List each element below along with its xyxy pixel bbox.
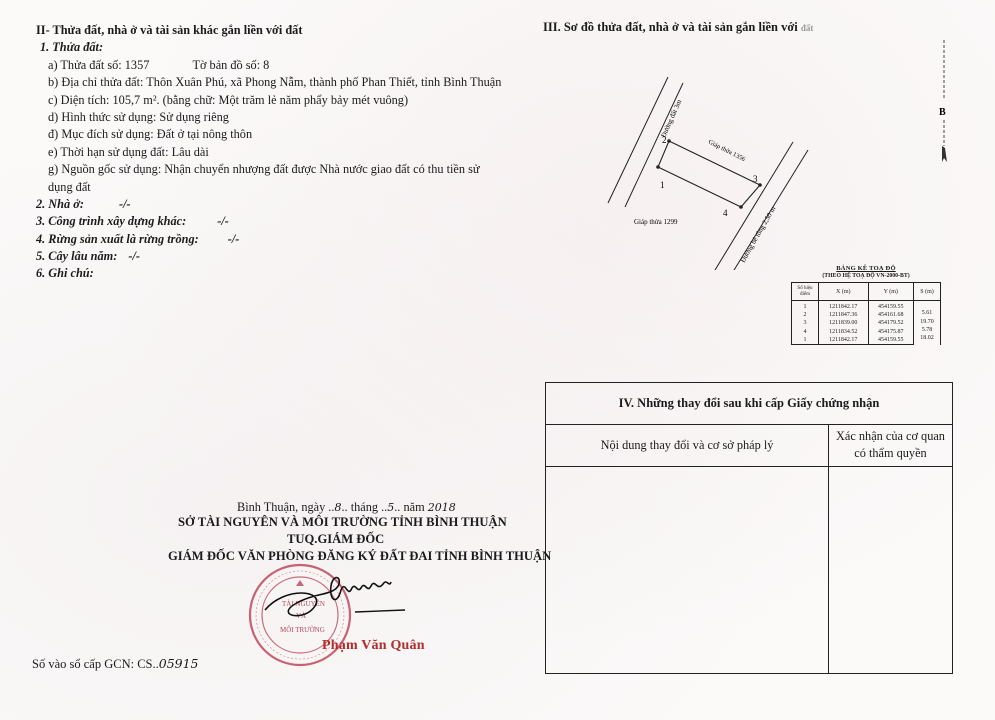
x-coord: 1211847.36 xyxy=(819,311,869,319)
notes-label: 6. Ghi chú: xyxy=(36,265,506,282)
registration-number: Số vào sổ cấp GCN: CS..05915 xyxy=(32,656,199,672)
road-right-label: Đường bê tông 2,50 m xyxy=(739,205,778,264)
col-point: Số hiệu điểm xyxy=(792,283,819,301)
x-coord: 1211842.17 xyxy=(819,336,869,345)
house-row: 2. Nhà ở: -/- xyxy=(36,196,506,213)
col-y: Y (m) xyxy=(868,283,913,301)
perennial-value: -/- xyxy=(128,248,140,265)
y-coord: 454179.52 xyxy=(868,319,913,327)
coordinate-table-title: BẢNG KÊ TOẠ ĐỘ xyxy=(791,265,941,272)
coordinate-table: BẢNG KÊ TOẠ ĐỘ (THEO HỆ TOẠ ĐỘ VN-2000-B… xyxy=(791,265,941,345)
neighbor-bottom-label: Giáp thửa 1299 xyxy=(634,218,678,226)
perennial-row: 5. Cây lâu năm: -/- xyxy=(36,248,506,265)
col-authority-line2: có thẩm quyền xyxy=(836,445,945,462)
point-id: 4 xyxy=(792,328,819,336)
x-coord: 1211842.17 xyxy=(819,301,869,312)
authority-confirmation-cell xyxy=(830,467,952,673)
registration-label: Số vào sổ cấp GCN: CS.. xyxy=(32,657,159,671)
section-iii-title: III. Sơ đồ thửa đất, nhà ở và tài sản gắ… xyxy=(543,20,813,35)
parcel-diagram: Đường đất 3m Đường bê tông 2,50 m 1 2 3 … xyxy=(600,70,860,270)
north-arrow-icon: B xyxy=(930,40,960,170)
point-1-label: 1 xyxy=(660,180,665,190)
authorization-line: TUQ.GIÁM ĐỐC xyxy=(287,532,384,547)
point-2-label: 2 xyxy=(662,135,667,145)
forest-value: -/- xyxy=(228,231,240,248)
issue-date: Bình Thuận, ngày ..8.. tháng ..5.. năm 2… xyxy=(237,500,456,515)
col-authority-line1: Xác nhận của cơ quan xyxy=(836,428,945,445)
col-x: X (m) xyxy=(819,283,869,301)
x-coord: 1211834.52 xyxy=(819,328,869,336)
section-iii-title-text: III. Sơ đồ thửa đất, nhà ở và tài sản gắ… xyxy=(543,20,798,34)
coordinate-row: 11211842.17454159.555.6119.705.7818.02 xyxy=(792,301,941,312)
other-works-label: 3. Công trình xây dựng khác: xyxy=(36,214,186,228)
point-id: 1 xyxy=(792,336,819,345)
y-coord: 454175.87 xyxy=(868,328,913,336)
forest-row: 4. Rừng sản xuất là rừng trồng: -/- xyxy=(36,231,506,248)
distance-list: 5.6119.705.7818.02 xyxy=(914,301,941,345)
column-divider xyxy=(828,424,829,673)
col-change-content: Nội dung thay đổi và cơ sở pháp lý xyxy=(546,424,828,466)
y-coord: 454159.55 xyxy=(868,301,913,312)
section-iii-title-faded: đất xyxy=(801,23,814,33)
usage-form: d) Hình thức sử dụng: Sử dụng riêng xyxy=(36,109,506,126)
other-works-value: -/- xyxy=(217,213,229,230)
col-s: S (m) xyxy=(914,283,941,301)
forest-label: 4. Rừng sản xuất là rừng trồng: xyxy=(36,232,199,246)
changes-table-title: IV. Những thay đổi sau khi cấp Giấy chứn… xyxy=(546,383,952,425)
y-coord: 454159.55 xyxy=(868,336,913,345)
usage-origin-line2: dụng đất xyxy=(36,179,506,196)
changes-table-header-row: Nội dung thay đổi và cơ sở pháp lý Xác n… xyxy=(546,424,952,467)
section-ii-title: II- Thửa đất, nhà ở và tài sản khác gắn … xyxy=(36,22,506,39)
parcel-address: b) Địa chỉ thửa đất: Thôn Xuân Phú, xã P… xyxy=(36,74,506,91)
point-id: 3 xyxy=(792,319,819,327)
change-content-cell xyxy=(546,467,828,673)
point-4-label: 4 xyxy=(723,208,728,218)
year-prefix: .. năm xyxy=(394,500,427,514)
map-sheet-number: Tờ bản đồ số: 8 xyxy=(192,57,269,74)
parcel-number: a) Thửa đất số: 1357 xyxy=(48,58,149,72)
land-heading: 1. Thửa đất: xyxy=(36,39,506,56)
y-coord: 454161.68 xyxy=(868,311,913,319)
usage-origin-line1: g) Nguồn gốc sử dụng: Nhận chuyển nhượng… xyxy=(36,161,506,178)
date-prefix: Bình Thuận, ngày .. xyxy=(237,500,334,514)
issuing-department: SỞ TÀI NGUYÊN VÀ MÔI TRƯỜNG TỈNH BÌNH TH… xyxy=(178,515,507,530)
point-id: 1 xyxy=(792,301,819,312)
signature-icon xyxy=(255,566,435,628)
month-prefix: .. tháng .. xyxy=(341,500,387,514)
parcel-number-row: a) Thửa đất số: 1357 Tờ bản đồ số: 8 xyxy=(36,57,506,74)
section-ii-land-info: II- Thửa đất, nhà ở và tài sản khác gắn … xyxy=(36,22,506,283)
registration-value: 05915 xyxy=(159,656,199,671)
usage-purpose: đ) Mục đích sử dụng: Đất ở tại nông thôn xyxy=(36,126,506,143)
neighbor-top-label: Giáp thửa 1356 xyxy=(707,139,747,164)
usage-term: e) Thời hạn sử dụng đất: Lâu dài xyxy=(36,144,506,161)
parcel-area: c) Diện tích: 105,7 m². (bằng chữ: Một t… xyxy=(36,92,506,109)
road-left-label: Đường đất 3m xyxy=(660,98,684,139)
point-id: 2 xyxy=(792,311,819,319)
col-authority-confirmation: Xác nhận của cơ quan có thẩm quyền xyxy=(829,424,952,466)
house-value: -/- xyxy=(119,196,131,213)
changes-table: IV. Những thay đổi sau khi cấp Giấy chứn… xyxy=(545,382,953,674)
other-works-row: 3. Công trình xây dựng khác: -/- xyxy=(36,213,506,230)
perennial-label: 5. Cây lâu năm: xyxy=(36,249,117,263)
issue-year: 2018 xyxy=(428,501,456,514)
house-label: 2. Nhà ở: xyxy=(36,197,84,211)
coordinate-table-subtitle: (THEO HỆ TOẠ ĐỘ VN-2000-BT) xyxy=(791,273,941,279)
north-label: B xyxy=(939,107,946,118)
point-3-label: 3 xyxy=(753,174,758,184)
x-coord: 1211839.00 xyxy=(819,319,869,327)
signer-name: Phạm Văn Quân xyxy=(322,638,425,654)
coordinate-grid: Số hiệu điểm X (m) Y (m) S (m) 11211842.… xyxy=(791,282,941,345)
